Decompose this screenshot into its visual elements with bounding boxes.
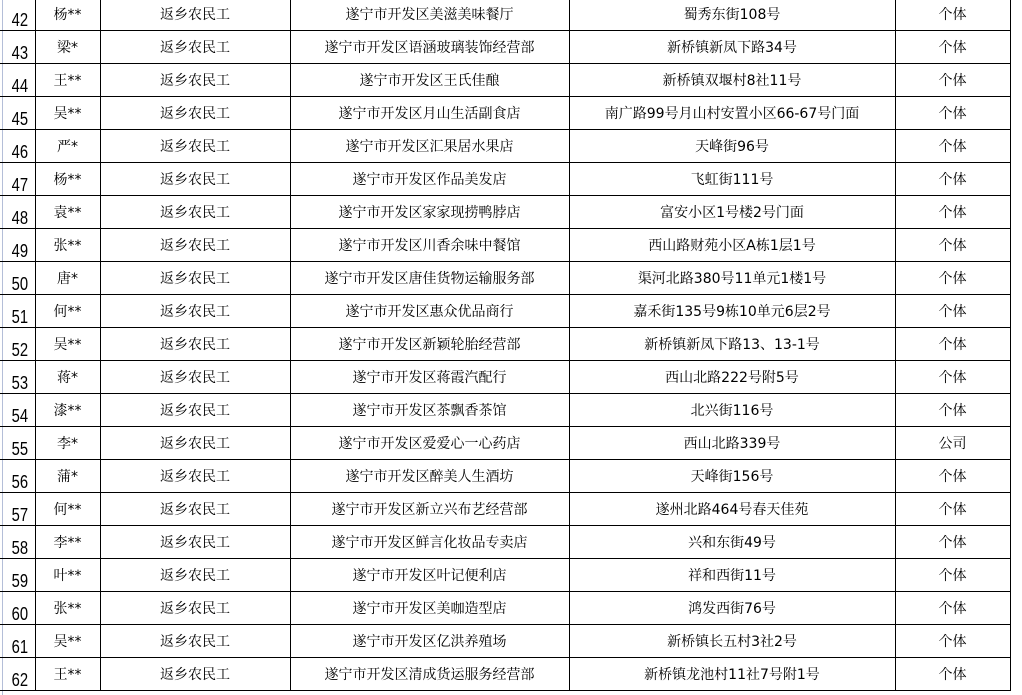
cell-serial-number[interactable]: 56 bbox=[0, 460, 35, 493]
table-row: 52 吴** 返乡农民工 遂宁市开发区新颖轮胎经营部 新桥镇新凤下路13、13-… bbox=[0, 328, 1010, 361]
cell-serial-number[interactable]: 60 bbox=[0, 592, 35, 625]
cell-business-name[interactable]: 遂宁市开发区鲜言化妆品专卖店 bbox=[290, 526, 569, 559]
cell-entity-type[interactable]: 个体 bbox=[895, 361, 1010, 394]
table-row: 46 严* 返乡农民工 遂宁市开发区汇果居水果店 天峰街96号 个体 bbox=[0, 130, 1010, 163]
cell-name[interactable]: 杨** bbox=[35, 163, 100, 196]
table-row: 42 杨** 返乡农民工 遂宁市开发区美滋美味餐厅 蜀秀东街108号 个体 bbox=[0, 0, 1010, 31]
cell-serial-number[interactable]: 58 bbox=[0, 526, 35, 559]
cell-address[interactable]: 天峰街156号 bbox=[569, 460, 895, 493]
serial-number-text: 42 bbox=[12, 10, 28, 30]
cell-serial-number[interactable]: 54 bbox=[0, 394, 35, 427]
cell-business-name[interactable]: 遂宁市开发区唐佳货物运输服务部 bbox=[290, 262, 569, 295]
cell-category[interactable]: 返乡农民工 bbox=[100, 460, 290, 493]
cell-address[interactable]: 飞虹街111号 bbox=[569, 163, 895, 196]
cell-address[interactable]: 新桥镇龙池村11社7号附1号 bbox=[569, 658, 895, 691]
cell-business-name[interactable]: 遂宁市开发区茶飘香茶馆 bbox=[290, 394, 569, 427]
cell-category[interactable]: 返乡农民工 bbox=[100, 526, 290, 559]
cell-category[interactable]: 返乡农民工 bbox=[100, 130, 290, 163]
cell-serial-number[interactable]: 50 bbox=[0, 262, 35, 295]
cell-entity-type[interactable]: 个体 bbox=[895, 31, 1010, 64]
cell-name[interactable]: 李** bbox=[35, 526, 100, 559]
table-row: 47 杨** 返乡农民工 遂宁市开发区作品美发店 飞虹街111号 个体 bbox=[0, 163, 1010, 196]
cell-business-name[interactable]: 遂宁市开发区汇果居水果店 bbox=[290, 130, 569, 163]
cell-entity-type[interactable]: 个体 bbox=[895, 559, 1010, 592]
cell-category[interactable]: 返乡农民工 bbox=[100, 559, 290, 592]
cell-entity-type[interactable]: 个体 bbox=[895, 394, 1010, 427]
cell-address[interactable]: 西山路财苑小区A栋1层1号 bbox=[569, 229, 895, 262]
table-row: 56 蒲* 返乡农民工 遂宁市开发区醉美人生酒坊 天峰街156号 个体 bbox=[0, 460, 1010, 493]
cell-entity-type[interactable]: 公司 bbox=[895, 427, 1010, 460]
table-row: 50 唐* 返乡农民工 遂宁市开发区唐佳货物运输服务部 渠河北路380号11单元… bbox=[0, 262, 1010, 295]
cell-category[interactable]: 返乡农民工 bbox=[100, 361, 290, 394]
cell-address[interactable]: 遂州北路464号春天佳苑 bbox=[569, 493, 895, 526]
cell-category[interactable]: 返乡农民工 bbox=[100, 394, 290, 427]
cell-entity-type[interactable]: 个体 bbox=[895, 97, 1010, 130]
cell-name[interactable]: 王** bbox=[35, 64, 100, 97]
cell-entity-type[interactable]: 个体 bbox=[895, 0, 1010, 31]
cell-category[interactable]: 返乡农民工 bbox=[100, 31, 290, 64]
cell-category[interactable]: 返乡农民工 bbox=[100, 64, 290, 97]
cell-entity-type[interactable]: 个体 bbox=[895, 64, 1010, 97]
table-row: 60 张** 返乡农民工 遂宁市开发区美咖造型店 鸿发西街76号 个体 bbox=[0, 592, 1010, 625]
cell-serial-number[interactable]: 62 bbox=[0, 658, 35, 691]
serial-number-text: 50 bbox=[12, 274, 28, 294]
cell-name[interactable]: 吴** bbox=[35, 625, 100, 658]
table-row: 51 何** 返乡农民工 遂宁市开发区惠众优品商行 嘉禾街135号9栋10单元6… bbox=[0, 295, 1010, 328]
table-row: 57 何** 返乡农民工 遂宁市开发区新立兴布艺经营部 遂州北路464号春天佳苑… bbox=[0, 493, 1010, 526]
cell-name[interactable]: 漆** bbox=[35, 394, 100, 427]
cell-serial-number[interactable]: 55 bbox=[0, 427, 35, 460]
cell-name[interactable]: 吴** bbox=[35, 328, 100, 361]
table-row: 43 梁* 返乡农民工 遂宁市开发区语涵玻璃装饰经营部 新桥镇新凤下路34号 个… bbox=[0, 31, 1010, 64]
serial-number-text: 58 bbox=[12, 538, 28, 558]
cell-name[interactable]: 袁** bbox=[35, 196, 100, 229]
cell-entity-type[interactable]: 个体 bbox=[895, 658, 1010, 691]
cell-entity-type[interactable]: 个体 bbox=[895, 493, 1010, 526]
cell-serial-number[interactable]: 52 bbox=[0, 328, 35, 361]
serial-number-text: 53 bbox=[12, 373, 28, 393]
cell-business-name[interactable]: 遂宁市开发区亿洪养殖场 bbox=[290, 625, 569, 658]
serial-number-text: 52 bbox=[12, 340, 28, 360]
cell-business-name[interactable]: 遂宁市开发区美咖造型店 bbox=[290, 592, 569, 625]
cell-serial-number[interactable]: 44 bbox=[0, 64, 35, 97]
cell-business-name[interactable]: 遂宁市开发区川香余味中餐馆 bbox=[290, 229, 569, 262]
serial-number-text: 61 bbox=[12, 637, 28, 657]
cell-name[interactable]: 何** bbox=[35, 493, 100, 526]
cell-entity-type[interactable]: 个体 bbox=[895, 229, 1010, 262]
cell-address[interactable]: 新桥镇双堰村8社11号 bbox=[569, 64, 895, 97]
cell-address[interactable]: 南广路99号月山村安置小区66-67号门面 bbox=[569, 97, 895, 130]
cell-serial-number[interactable]: 47 bbox=[0, 163, 35, 196]
cell-entity-type[interactable]: 个体 bbox=[895, 592, 1010, 625]
cell-business-name[interactable]: 遂宁市开发区蒋霞汽配行 bbox=[290, 361, 569, 394]
cell-name[interactable]: 何** bbox=[35, 295, 100, 328]
cell-name[interactable]: 王** bbox=[35, 658, 100, 691]
cell-business-name[interactable]: 遂宁市开发区月山生活副食店 bbox=[290, 97, 569, 130]
table-row: 45 吴** 返乡农民工 遂宁市开发区月山生活副食店 南广路99号月山村安置小区… bbox=[0, 97, 1010, 130]
cell-serial-number[interactable]: 43 bbox=[0, 31, 35, 64]
cell-business-name[interactable]: 遂宁市开发区新颖轮胎经营部 bbox=[290, 328, 569, 361]
cell-category[interactable]: 返乡农民工 bbox=[100, 658, 290, 691]
cell-category[interactable]: 返乡农民工 bbox=[100, 0, 290, 31]
cell-category[interactable]: 返乡农民工 bbox=[100, 427, 290, 460]
cell-entity-type[interactable]: 个体 bbox=[895, 295, 1010, 328]
table-row: 53 蒋* 返乡农民工 遂宁市开发区蒋霞汽配行 西山北路222号附5号 个体 bbox=[0, 361, 1010, 394]
cell-name[interactable]: 吴** bbox=[35, 97, 100, 130]
serial-number-text: 44 bbox=[12, 76, 28, 96]
cell-address[interactable]: 新桥镇新凤下路13、13-1号 bbox=[569, 328, 895, 361]
cell-category[interactable]: 返乡农民工 bbox=[100, 592, 290, 625]
table-row: 44 王** 返乡农民工 遂宁市开发区王氏佳酿 新桥镇双堰村8社11号 个体 bbox=[0, 64, 1010, 97]
cell-serial-number[interactable]: 59 bbox=[0, 559, 35, 592]
table-row: 58 李** 返乡农民工 遂宁市开发区鲜言化妆品专卖店 兴和东街49号 个体 bbox=[0, 526, 1010, 559]
cell-address[interactable]: 蜀秀东街108号 bbox=[569, 0, 895, 31]
cell-name[interactable]: 蒋* bbox=[35, 361, 100, 394]
cell-category[interactable]: 返乡农民工 bbox=[100, 163, 290, 196]
serial-number-text: 46 bbox=[12, 142, 28, 162]
cell-address[interactable]: 新桥镇长五村3社2号 bbox=[569, 625, 895, 658]
cell-serial-number[interactable]: 61 bbox=[0, 625, 35, 658]
table-row: 55 李* 返乡农民工 遂宁市开发区爱爱心一心药店 西山北路339号 公司 bbox=[0, 427, 1010, 460]
cell-name[interactable]: 叶** bbox=[35, 559, 100, 592]
cell-entity-type[interactable]: 个体 bbox=[895, 625, 1010, 658]
cell-category[interactable]: 返乡农民工 bbox=[100, 97, 290, 130]
cell-name[interactable]: 杨** bbox=[35, 0, 100, 31]
cell-business-name[interactable]: 遂宁市开发区语涵玻璃装饰经营部 bbox=[290, 31, 569, 64]
cell-serial-number[interactable]: 49 bbox=[0, 229, 35, 262]
cell-business-name[interactable]: 遂宁市开发区惠众优品商行 bbox=[290, 295, 569, 328]
cell-category[interactable]: 返乡农民工 bbox=[100, 625, 290, 658]
serial-number-text: 57 bbox=[12, 505, 28, 525]
cell-address[interactable]: 新桥镇新凤下路34号 bbox=[569, 31, 895, 64]
cell-address[interactable]: 祥和西街11号 bbox=[569, 559, 895, 592]
table-row: 59 叶** 返乡农民工 遂宁市开发区叶记便利店 祥和西街11号 个体 bbox=[0, 559, 1010, 592]
cell-business-name[interactable]: 遂宁市开发区叶记便利店 bbox=[290, 559, 569, 592]
cell-business-name[interactable]: 遂宁市开发区作品美发店 bbox=[290, 163, 569, 196]
cell-address[interactable]: 兴和东街49号 bbox=[569, 526, 895, 559]
cell-address[interactable]: 北兴街116号 bbox=[569, 394, 895, 427]
cell-entity-type[interactable]: 个体 bbox=[895, 163, 1010, 196]
cell-name[interactable]: 蒲* bbox=[35, 460, 100, 493]
cell-name[interactable]: 唐* bbox=[35, 262, 100, 295]
cell-category[interactable]: 返乡农民工 bbox=[100, 196, 290, 229]
cell-business-name[interactable]: 遂宁市开发区王氏佳酿 bbox=[290, 64, 569, 97]
cell-entity-type[interactable]: 个体 bbox=[895, 328, 1010, 361]
serial-number-text: 49 bbox=[12, 241, 28, 261]
cell-entity-type[interactable]: 个体 bbox=[895, 196, 1010, 229]
serial-number-text: 55 bbox=[12, 439, 28, 459]
cell-serial-number[interactable]: 45 bbox=[0, 97, 35, 130]
spreadsheet-table: 42 杨** 返乡农民工 遂宁市开发区美滋美味餐厅 蜀秀东街108号 个体 43… bbox=[0, 0, 1011, 691]
serial-number-text: 54 bbox=[12, 406, 28, 426]
cell-address[interactable]: 富安小区1号楼2号门面 bbox=[569, 196, 895, 229]
cell-business-name[interactable]: 遂宁市开发区美滋美味餐厅 bbox=[290, 0, 569, 31]
cell-entity-type[interactable]: 个体 bbox=[895, 526, 1010, 559]
cell-category[interactable]: 返乡农民工 bbox=[100, 328, 290, 361]
table-row: 61 吴** 返乡农民工 遂宁市开发区亿洪养殖场 新桥镇长五村3社2号 个体 bbox=[0, 625, 1010, 658]
cell-business-name[interactable]: 遂宁市开发区醉美人生酒坊 bbox=[290, 460, 569, 493]
table-body: 42 杨** 返乡农民工 遂宁市开发区美滋美味餐厅 蜀秀东街108号 个体 43… bbox=[0, 0, 1010, 691]
cell-address[interactable]: 渠河北路380号11单元1楼1号 bbox=[569, 262, 895, 295]
serial-number-text: 51 bbox=[12, 307, 28, 327]
serial-number-text: 45 bbox=[12, 109, 28, 129]
cell-serial-number[interactable]: 51 bbox=[0, 295, 35, 328]
cell-name[interactable]: 李* bbox=[35, 427, 100, 460]
cell-category[interactable]: 返乡农民工 bbox=[100, 262, 290, 295]
cell-name[interactable]: 张** bbox=[35, 592, 100, 625]
cell-serial-number[interactable]: 42 bbox=[0, 0, 35, 31]
cell-entity-type[interactable]: 个体 bbox=[895, 262, 1010, 295]
serial-number-text: 62 bbox=[12, 670, 28, 690]
cell-serial-number[interactable]: 48 bbox=[0, 196, 35, 229]
serial-number-text: 48 bbox=[12, 208, 28, 228]
cell-address[interactable]: 天峰街96号 bbox=[569, 130, 895, 163]
cell-name[interactable]: 张** bbox=[35, 229, 100, 262]
table-row: 62 王** 返乡农民工 遂宁市开发区清成货运服务经营部 新桥镇龙池村11社7号… bbox=[0, 658, 1010, 691]
cell-business-name[interactable]: 遂宁市开发区家家现捞鸭脖店 bbox=[290, 196, 569, 229]
serial-number-text: 43 bbox=[12, 43, 28, 63]
cell-entity-type[interactable]: 个体 bbox=[895, 130, 1010, 163]
cell-serial-number[interactable]: 53 bbox=[0, 361, 35, 394]
cell-serial-number[interactable]: 46 bbox=[0, 130, 35, 163]
serial-number-text: 59 bbox=[12, 571, 28, 591]
table-row: 49 张** 返乡农民工 遂宁市开发区川香余味中餐馆 西山路财苑小区A栋1层1号… bbox=[0, 229, 1010, 262]
cell-name[interactable]: 严* bbox=[35, 130, 100, 163]
cell-entity-type[interactable]: 个体 bbox=[895, 460, 1010, 493]
table-row: 48 袁** 返乡农民工 遂宁市开发区家家现捞鸭脖店 富安小区1号楼2号门面 个… bbox=[0, 196, 1010, 229]
cell-category[interactable]: 返乡农民工 bbox=[100, 295, 290, 328]
serial-number-text: 56 bbox=[12, 472, 28, 492]
cell-serial-number[interactable]: 57 bbox=[0, 493, 35, 526]
cell-business-name[interactable]: 遂宁市开发区新立兴布艺经营部 bbox=[290, 493, 569, 526]
cell-category[interactable]: 返乡农民工 bbox=[100, 493, 290, 526]
cell-address[interactable]: 鸿发西街76号 bbox=[569, 592, 895, 625]
serial-number-text: 60 bbox=[12, 604, 28, 624]
cell-business-name[interactable]: 遂宁市开发区清成货运服务经营部 bbox=[290, 658, 569, 691]
cell-address[interactable]: 嘉禾街135号9栋10单元6层2号 bbox=[569, 295, 895, 328]
cell-name[interactable]: 梁* bbox=[35, 31, 100, 64]
table-row: 54 漆** 返乡农民工 遂宁市开发区茶飘香茶馆 北兴街116号 个体 bbox=[0, 394, 1010, 427]
cell-address[interactable]: 西山北路222号附5号 bbox=[569, 361, 895, 394]
cell-category[interactable]: 返乡农民工 bbox=[100, 229, 290, 262]
cell-address[interactable]: 西山北路339号 bbox=[569, 427, 895, 460]
cell-business-name[interactable]: 遂宁市开发区爱爱心一心药店 bbox=[290, 427, 569, 460]
serial-number-text: 47 bbox=[12, 175, 28, 195]
